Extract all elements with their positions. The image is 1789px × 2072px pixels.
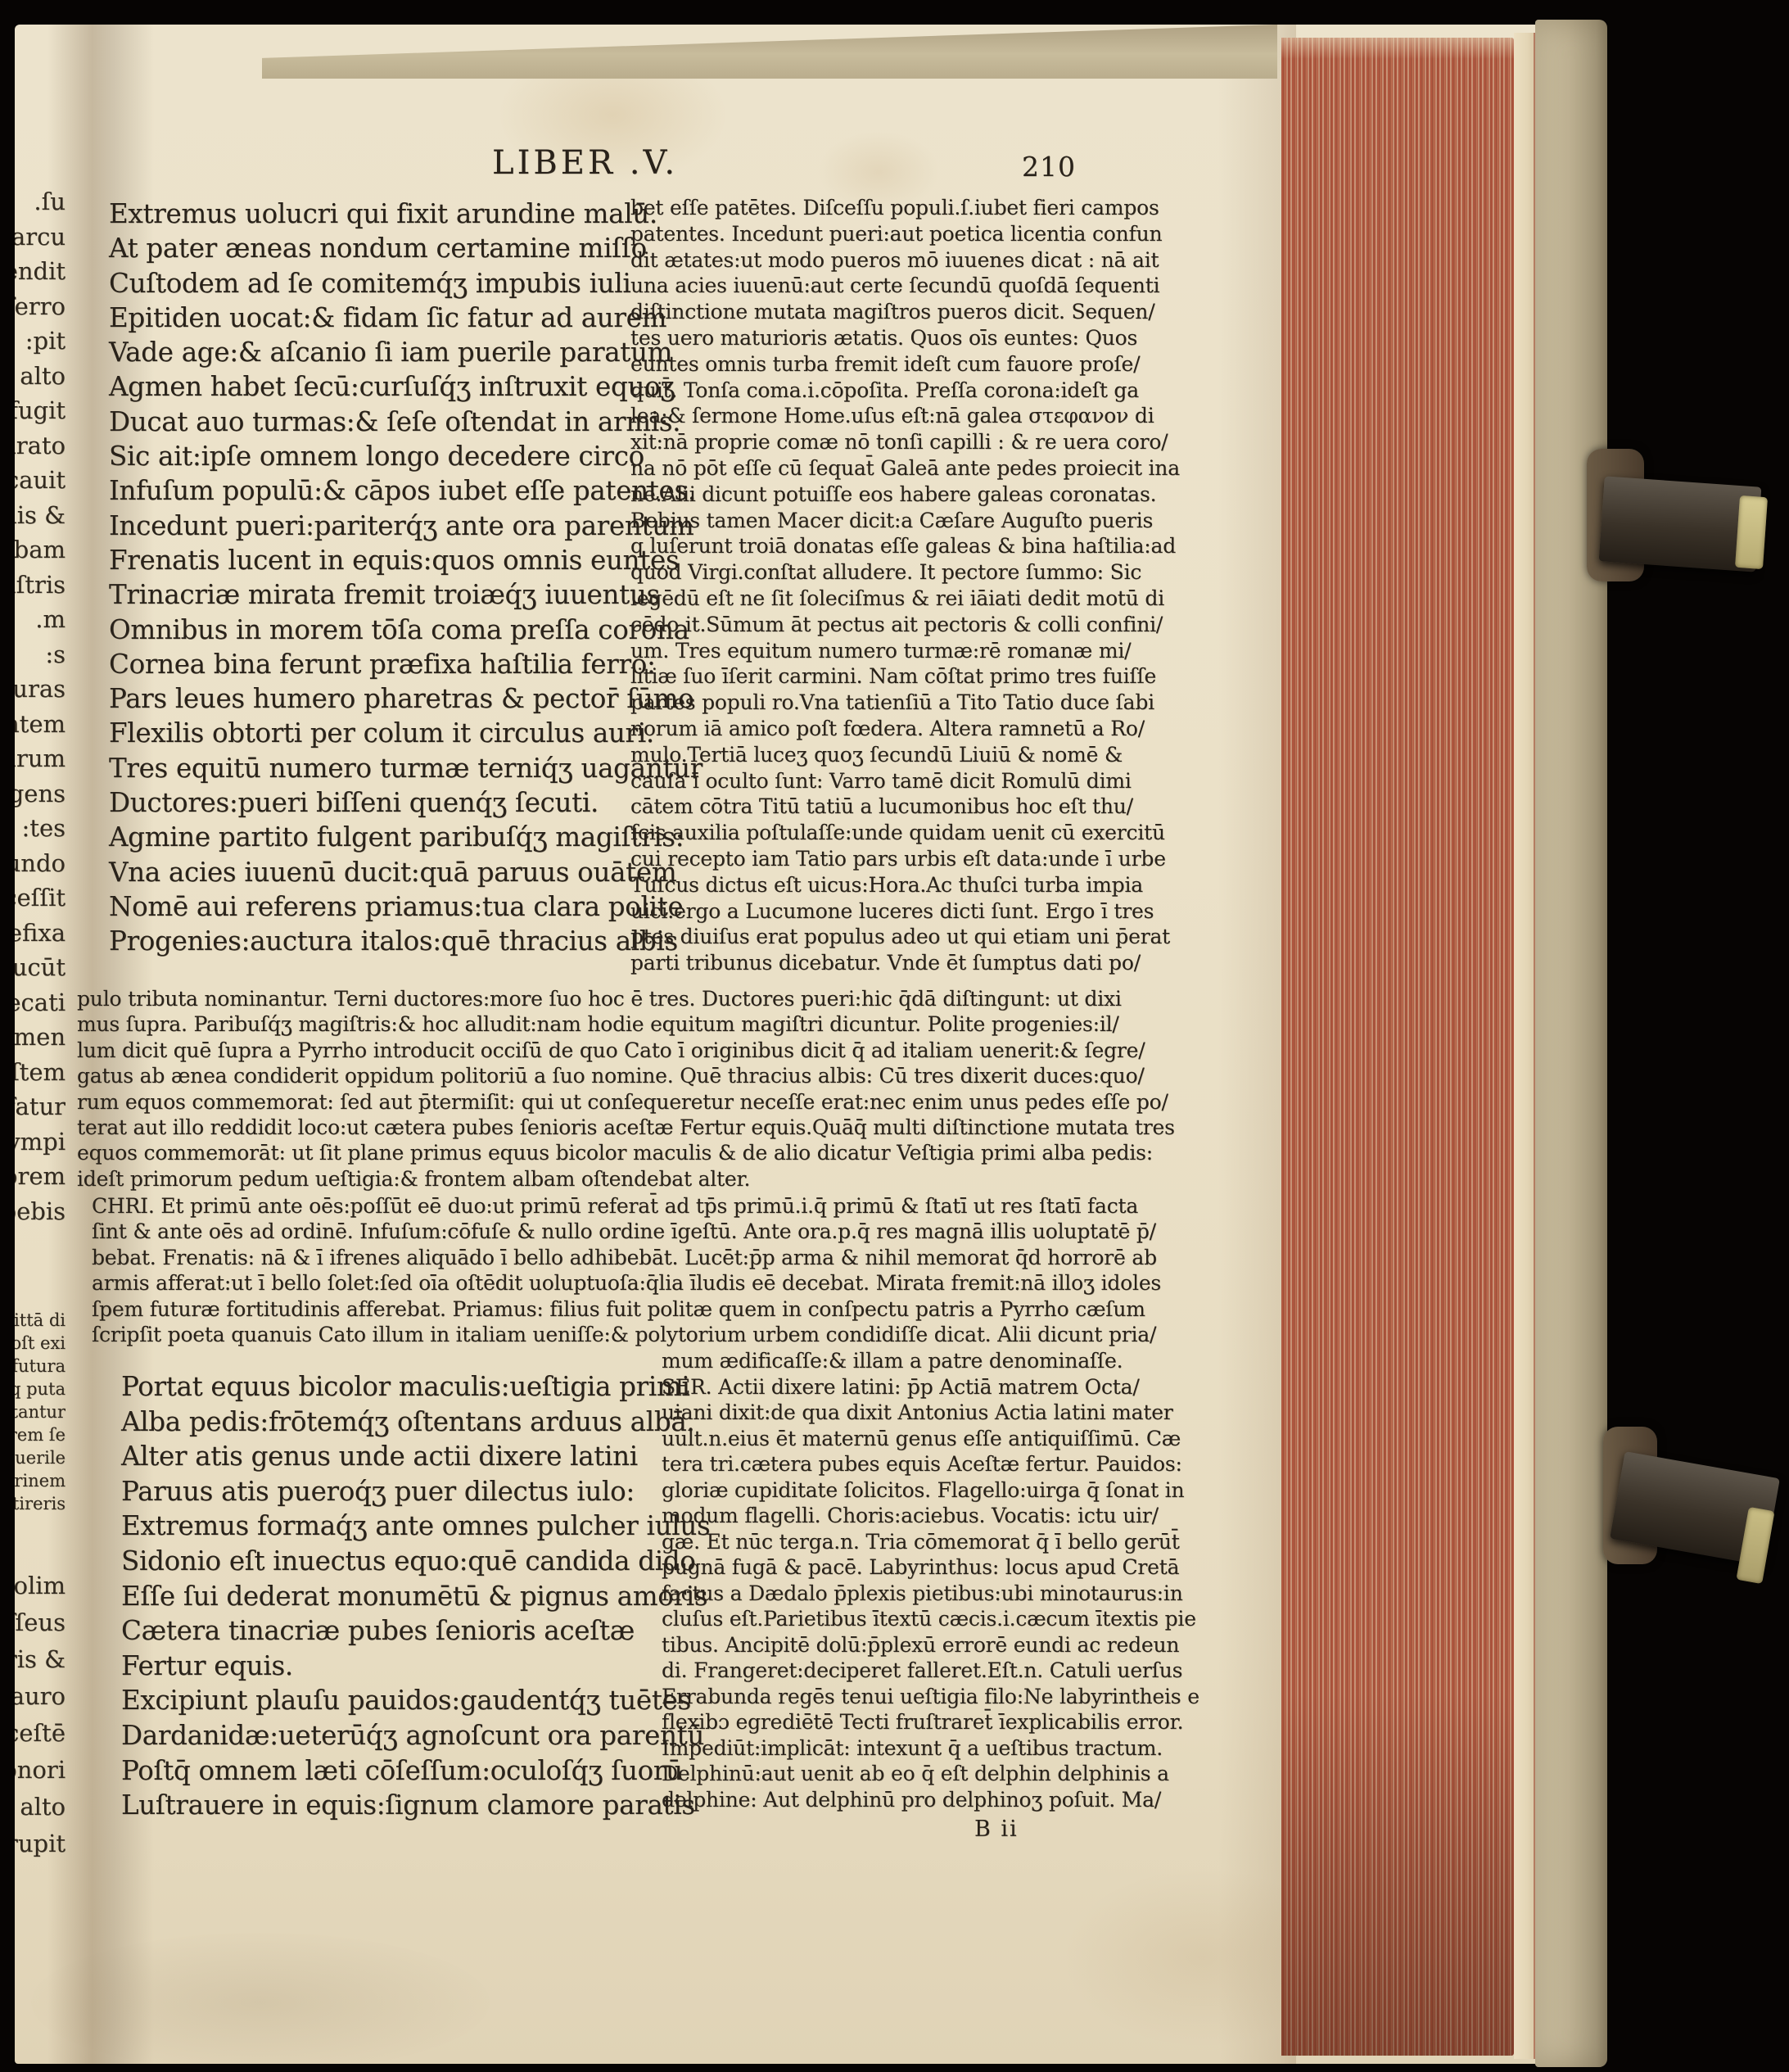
text-line: lea:& ſermone Home.uſus eſt:nā galea στε… [630,403,1213,429]
text-line: bebat. Frenatis: nā & ī ifrenes aliquādo… [92,1245,1230,1270]
facing-page-commentary-fragments: ū fert ſagittā di/Docuit poſt exiq̄ diff… [15,1309,66,1515]
text-line: Extremus formaq́ʒ ante omnes pulcher iul… [121,1509,653,1544]
clasp-brass-tip [1735,495,1768,569]
text-line: euntes omnis turba fremit ideſt cum fauo… [630,351,1213,378]
text-line: Bebius tamen Macer dicit:a Cæſare Auguſt… [630,508,1213,534]
text-line: mus ſupra. Paribuſq́ʒ magiſtris:& hoc al… [77,1011,1223,1037]
text-line: Vade age:& aſcanio ſi iam puerile paratu… [109,335,639,369]
text-line: Progenies:auctura italos:quē thracius al… [109,924,639,958]
text-line: Ductores:pueri biſſeni quenq́ʒ ſecuti. [109,785,639,820]
folio-number: 210 [1022,151,1076,183]
text-line: flexibɔ egrediētē Tecti fruſtraret̄ īexp… [662,1709,1217,1735]
text-line: ē thracius olim [15,1568,66,1604]
text-line: xit:nā proprie comæ nō tonſi capilli : &… [630,429,1213,455]
text-line: Cætera tinacriæ pubes ſenioris aceſtæ [121,1613,653,1649]
text-line: ra refigi putantur [15,1400,66,1423]
text-line: ſpem futuræ fortitudinis afferebat. Pria… [92,1296,1230,1322]
text-line: ū fert ſagittā di/ [15,1309,66,1332]
text-line: Errabunda regēs tenui ueſtigia filo:Ne l… [662,1684,1217,1710]
text-line: honorem. [15,1159,66,1194]
text-line: s: [15,637,66,672]
text-line: Extremus uolucri qui fixit arundine malū… [109,197,639,231]
text-line: Cornea bina ferunt præfixa haſtilia ferr… [109,647,639,681]
text-line: Dardanidæ:ueterūq́ʒ agnoſcunt ora parent… [121,1718,653,1753]
text-line: tes uero maturioris ætatis. Quos oīs eun… [630,325,1213,351]
text-line: pugnā fugā & pacē. Labyrinthus: locus ap… [662,1554,1217,1581]
text-line: q luſerunt troiā donatas eſſe galeas & b… [630,533,1213,559]
text-line: Excipiunt plauſu pauidos:gaudentq́ʒ tuēt… [121,1683,653,1718]
text-line: SER. Actii dixere latini: p̄p Actiā matr… [662,1374,1217,1400]
text-line: Incedunt pueri:pariterq́ʒ ante ora paren… [109,509,639,543]
text-line: na nō pōt eſſe cū ſequat̄ Galeā ante ped… [630,455,1213,482]
text-line: Sidonio eſt inuectus equo:quē candida di… [121,1544,653,1579]
verse-column-top: Extremus uolucri qui fixit arundine malū… [109,197,639,959]
text-line: terat aut illo reddidit loco:ut cætera p… [77,1115,1223,1140]
text-line: ſæpe per aerem ſe [15,1423,66,1446]
text-line: Ducat auo turmas:& ſeſe oſtendat in armi… [109,405,639,439]
text-line: gæ. Et nūc terga.n. Tria cōmemorat q̄ ī … [662,1529,1217,1555]
text-line: Sic ait:ipſe omnem longo decedere circo [109,439,639,473]
quire-signature: B ii [974,1816,1019,1842]
text-line: Fertur equis. [121,1649,653,1684]
text-line: Cuſtodem ad ſe comitemq́ʒ impubis iuli [109,266,639,301]
text-line: armis afferat:ut ī bello ſolet:ſed oīa o… [92,1270,1230,1296]
text-line: cātem cōtra Titū tatiū a lucumonibus hoc… [630,794,1213,820]
text-line: ideſt primorum pedum ueſtigia:& frontem … [77,1166,1223,1192]
text-line: uiani dixit:de qua dixit Antonius Actia … [662,1400,1217,1426]
text-line: & pignus amoris [15,1641,66,1678]
text-line: it arcu [15,219,66,255]
verse-column-bottom: Portat equus bicolor maculis:ueſtigia pr… [121,1369,653,1823]
text-line: m. [15,602,66,637]
paper-stain [31,1933,490,2068]
text-line: us omen [15,1020,66,1055]
text-line: Alba pedis:frōtemq́ʒ oſtentans arduus al… [121,1405,653,1440]
text-line: cauſa ī oculto ſunt: Varro tamē dicit Ro… [630,768,1213,794]
text-line: dera ducūt. [15,950,66,985]
text-line: ſint & ante oēs ad ordinē. Infuſum:cōfuſ… [92,1219,1230,1244]
text-line: at ab alto. [15,359,66,394]
text-line: Luſtrauere in equis:ſignum clamore parat… [121,1788,653,1823]
text-line: Eſſe ſui dederat monumētū & pignus amori… [121,1579,653,1614]
text-line: Paruus atis pueroq́ʒ puer dilectus iulo: [121,1474,653,1509]
text-line: Tuſcus dictus eſt uicus:Hora.Ac thuſci t… [630,872,1213,898]
text-line: lum dicit quē ſupra a Pyrrho introducit … [77,1038,1223,1063]
text-line: onantem. [15,707,66,742]
text-line: Alter atis genus unde actii dixere latin… [121,1439,653,1474]
text-line: s aceſtem [15,1055,66,1090]
text-line: nē.Alii dicunt potuiſſe eos habere galea… [630,482,1213,508]
text-line: it arundo. [15,846,66,881]
text-line: q̄ difficile futura [15,1355,66,1378]
text-line: Epitiden uocat:& fidam ſic fatur ad aure… [109,301,639,335]
text-line: mum ædificaſſe:& illam a patre denominaſ… [662,1348,1217,1374]
text-line: co æneas q puta/ [15,1378,66,1400]
text-line: ſu. [15,184,66,219]
text-line: quit̄. Tonſa coma.i.cōpoſita. Preſſa cor… [630,378,1213,404]
text-line: Pars leues humero pharetras & pector̄ ſū… [109,681,639,716]
text-line: ſcripſit poeta quanuis Cato illum in ita… [92,1322,1230,1347]
text-line: ſæpe refixa [15,916,66,951]
text-line: pora lauro: [15,1678,66,1715]
text-line: futurum [15,741,66,776]
book-photo: ſu.it arcuretendit.gere ferropit:at ab a… [0,0,1789,2068]
text-line: litiæ ſuo īſerit carmini. Nam cōſtat pri… [630,663,1213,690]
text-line: Delphinū:aut uenit ab eo q̄ eſt delphin … [662,1761,1217,1787]
text-line: perent. Crinem: [15,1469,66,1492]
text-line: CHRI. Et primū ante oēs:poſſūt eē duo:ut… [92,1193,1230,1219]
text-line: bet eſſe patētes. Diſceſſu populi.ſ.iube… [630,195,1213,221]
text-line: ptes diuiſus erat populus adeo ut qui et… [630,924,1213,950]
text-line: cēdo it.Sūmum āt pectus ait pectoris & c… [630,612,1213,638]
text-line: rum equos commemorat: ſed aut p̄termiſit… [77,1089,1223,1115]
facing-page-verse-fragments-upper: ſu.it arcuretendit.gere ferropit:at ab a… [15,184,66,1228]
text-line: Impediūt:implicāt: intexunt q̄ a ueſtibu… [662,1735,1217,1762]
commentary-column-bottom: mum ædificaſſe:& illam a patre denominaſ… [662,1348,1217,1812]
text-line: factus a Dædalo p̄plexis pietibus:ubi mi… [662,1581,1217,1607]
parchment-cover-edge [1535,20,1607,2067]
text-line: ɔ inuidit honori [15,1752,66,1789]
text-line: patentes. Incedunt pueri:aut poetica lic… [630,221,1213,247]
text-line: Frenatis lucent in equis:quos omnis eunt… [109,543,639,577]
inner-leaf-edge [1514,33,1535,2059]
text-line: pulo tributa nominantur. Terni ductores:… [77,986,1223,1011]
text-line: Agmine partito fulgent paribuſq́ʒ magiſt… [109,820,639,854]
text-line: munere ciſſeus: [15,1604,66,1641]
text-line: lumbam. [15,532,66,568]
text-line: norum iā amico poſt fœdera. Altera ramne… [630,716,1213,742]
text-line: di. Frangeret:deciperet falleret.Eſt.n. … [662,1658,1217,1684]
text-line: receſſit [15,880,66,916]
text-line: parti tribunus dicebatur. Vnde ēt ſumptu… [630,950,1213,976]
running-title: LIBER .V. [492,144,678,182]
text-line: us olympi [15,1124,66,1160]
text-line: retendit. [15,254,66,289]
text-line: Tres equitū numero turmæ terniq́ʒ uagant… [109,751,639,785]
text-line: pit: [15,323,66,359]
text-line: gere ferro [15,289,66,324]
text-line: ſcis auxilia poſtulaſſe:unde quidam ueni… [630,820,1213,846]
text-line: Infuſum populū:& cāpos iubet eſſe patent… [109,473,639,508]
text-line: Agmen habet ſecū:curſuſq́ʒ inſtruxit equ… [109,369,639,404]
text-line: us ingens [15,776,66,812]
text-line: equos commemorāt: ut ſit plane primus eq… [77,1140,1223,1165]
text-line: una acies iuuenū:aut certe ſecundū quoſd… [630,273,1213,299]
text-line: Trinacriæ mirata fremit troiæq́ʒ iuuentu… [109,577,639,612]
text-line: modum flagelli. Choris:aciebus. Vocatis:… [662,1503,1217,1529]
text-line: Vna acies iuuenū ducit:quā paruus ouātem [109,855,639,889]
text-line: us habebis [15,1194,66,1229]
text-line: Omnibus in morem tōſa coma preſſa corona [109,613,639,647]
text-line: Docuit poſt exi [15,1332,66,1355]
text-line: n aſtris [15,568,66,603]
text-line: uult.n.eius ēt maternū genus eſſe antiqu… [662,1426,1217,1452]
text-line: tes: [15,811,66,846]
text-line: it quod ēt puerile [15,1446,66,1469]
text-line: um. Tres equitum numero turmæ:rē romanæ … [630,638,1213,664]
text-line: iecit ab alto. [15,1789,66,1825]
text-line: qui uīcula rupit: [15,1825,66,1862]
text-line: lia fatur. [15,1089,66,1124]
text-line: ʒ precati [15,985,66,1020]
text-line: delphine: Aut delphinū pro delphinoʒ poſ… [662,1787,1217,1813]
text-line: appellat aceſtē: [15,1715,66,1752]
text-line: & alis [15,498,66,533]
text-line: ta parato [15,428,66,464]
commentary-full-width: pulo tributa nominantur. Terni ductores:… [77,986,1223,1192]
text-line: a uocauit [15,463,66,498]
text-line: At pater æneas nondum certamine miſſo [109,231,639,265]
text-line: uici.ergo a Lucumone luceres dicti ſunt.… [630,898,1213,925]
text-line: mulo.Tertiā luceʒ quoʒ ſecundū Liuiū & n… [630,742,1213,768]
text-line: um aliis ſortireris. [15,1492,66,1515]
text-line: fugit. [15,393,66,428]
text-line: partes populi ro.Vna tatienſiū a Tito Ta… [630,690,1213,716]
text-line: gloriæ cupiditate ſolicitos. Flagello:ui… [662,1477,1217,1504]
text-line: tibus. Ancipitē dolū:p̄plexū errorē eund… [662,1632,1217,1658]
facing-page-verse-fragments-lower: ē thracius olimmunere ciſſeus:& pignus a… [15,1568,66,1862]
text-line: tera tri.cætera pubes equis Aceſtæ fertu… [662,1451,1217,1477]
text-line: it ī auras: [15,672,66,707]
red-stained-fore-edge [1281,38,1514,2056]
text-line: Poſtq̄ omnem læti cōſeſſum:oculoſq́ʒ ſuo… [121,1753,653,1789]
text-line: diſtinctione mutata magiſtros pueros dic… [630,299,1213,325]
text-line: Nomē aui referens priamus:tua clara poli… [109,889,639,924]
commentary-column-right: bet eſſe patētes. Diſceſſu populi.ſ.iube… [630,195,1213,976]
text-line: cluſus eſt.Parietibus ītextū cæcis.i.cæc… [662,1606,1217,1632]
text-line: Portat equus bicolor maculis:ueſtigia pr… [121,1369,653,1405]
text-line: dit ætates:ut modo pueros mō iuuenes dic… [630,247,1213,274]
text-line: cui recepto iam Tatio pars urbis eſt dat… [630,846,1213,872]
text-line: legēdū eſt ne ſit ſoleciſmus & rei iāiat… [630,586,1213,612]
text-line: Flexilis obtorti per colum it circulus a… [109,716,639,750]
commentary-chri-paragraph: CHRI. Et primū ante oēs:poſſūt eē duo:ut… [92,1193,1230,1347]
text-line: gatus ab ænea condiderit oppidum politor… [77,1063,1223,1088]
text-line: quod Virgi.conſtat alludere. It pectore … [630,559,1213,586]
